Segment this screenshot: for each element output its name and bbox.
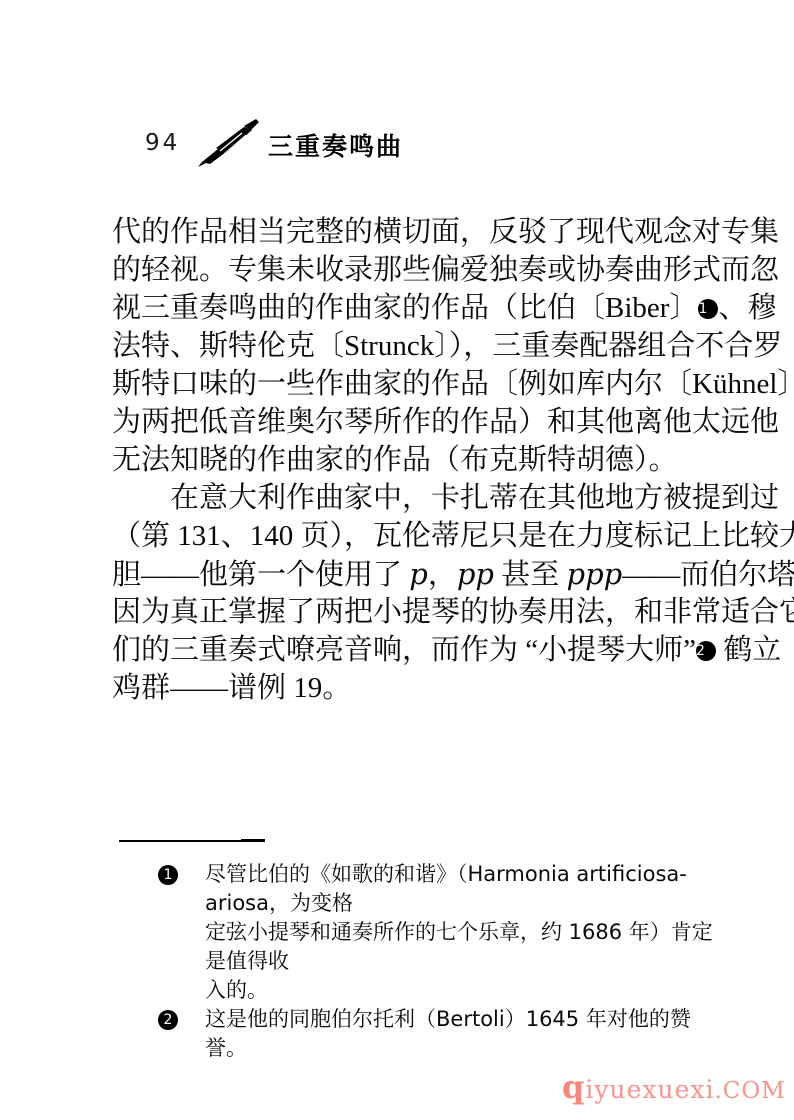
footnote-ref-marker: 2 bbox=[696, 641, 716, 661]
body-text: 代的作品相当完整的横切面，反驳了现代观念对专集的轻视。专集未收录那些偏爱独奏或协… bbox=[112, 213, 684, 707]
text-run: 因为真正掌握了两把小提琴的协奏用法，和非常适合它 bbox=[112, 596, 794, 628]
fountain-pen-icon bbox=[196, 118, 262, 170]
body-line: 代的作品相当完整的横切面，反驳了现代观念对专集 bbox=[112, 213, 684, 251]
footnote-list: 1尽管比伯的《如歌的和谐》（Harmonia artificiosa-arios… bbox=[158, 860, 720, 1063]
watermark-domain-text: iyuexuexi bbox=[585, 1075, 714, 1104]
body-line: 因为真正掌握了两把小提琴的协奏用法，和非常适合它 bbox=[112, 593, 684, 631]
book-page: 94 三重奏鸣曲 代的作品相当完整的横切面，反驳了现代观念对专集的轻视。专集未收… bbox=[0, 0, 794, 1120]
dynamic-marking-text: pp bbox=[457, 557, 494, 591]
dynamic-marking-text: ppp bbox=[567, 557, 623, 591]
body-line: 无法知晓的作曲家的作品（布克斯特胡德）。 bbox=[112, 441, 684, 479]
footnote-line: 尽管比伯的《如歌的和谐》（Harmonia artificiosa-ariosa… bbox=[205, 860, 720, 918]
footnote-line: 这是他的同胞伯尔托利（Bertoli）1645 年对他的赞誉。 bbox=[205, 1005, 720, 1063]
dynamic-marking-text: p bbox=[409, 557, 428, 591]
footnote-text: 尽管比伯的《如歌的和谐》（Harmonia artificiosa-ariosa… bbox=[205, 860, 720, 1005]
text-run: 法特、斯特伦克〔Strunck〕），三重奏配器组合不合罗 bbox=[112, 330, 782, 362]
footnote-item: 1尽管比伯的《如歌的和谐》（Harmonia artificiosa-arios… bbox=[158, 860, 720, 1005]
page-number: 94 bbox=[145, 130, 180, 156]
text-run: 鹤立 bbox=[716, 634, 781, 666]
watermark-tld: .COM bbox=[714, 1078, 785, 1104]
body-line: 斯特口味的一些作曲家的作品〔例如库内尔〔Kühnel〕 bbox=[112, 365, 684, 403]
text-run: 视三重奏鸣曲的作曲家的作品（比伯〔Biber〕 bbox=[112, 292, 698, 324]
body-line: 法特、斯特伦克〔Strunck〕），三重奏配器组合不合罗 bbox=[112, 327, 684, 365]
body-line: 视三重奏鸣曲的作曲家的作品（比伯〔Biber〕1、穆 bbox=[112, 289, 684, 327]
footnote-line: 入的。 bbox=[205, 976, 720, 1005]
footnote-number-marker: 1 bbox=[158, 865, 178, 885]
watermark-lead-letter: q bbox=[562, 1068, 585, 1106]
footnote-separator bbox=[119, 840, 237, 842]
text-run: 、穆 bbox=[718, 292, 776, 324]
text-run: 斯特口味的一些作曲家的作品〔例如库内尔〔Kühnel〕 bbox=[112, 368, 794, 400]
text-run: 在意大利作曲家中，卡扎蒂在其他地方被提到过 bbox=[170, 482, 779, 514]
footnote-item: 2这是他的同胞伯尔托利（Bertoli）1645 年对他的赞誉。 bbox=[158, 1005, 720, 1063]
body-line: 为两把低音维奥尔琴所作的作品）和其他离他太远他 bbox=[112, 403, 684, 441]
text-run: 甚至 bbox=[494, 559, 567, 591]
text-run: ， bbox=[428, 559, 457, 591]
footnote-number-marker: 2 bbox=[158, 1010, 178, 1030]
body-line: 胆——他第一个使用了 p，pp 甚至 ppp——而伯尔塔利 bbox=[112, 555, 684, 593]
text-run: 的轻视。专集未收录那些偏爱独奏或协奏曲形式而忽 bbox=[112, 254, 779, 286]
text-run: 无法知晓的作曲家的作品（布克斯特胡德）。 bbox=[112, 444, 678, 476]
footnote-line: 定弦小提琴和通奏所作的七个乐章，约 1686 年）肯定是值得收 bbox=[205, 918, 720, 976]
running-title: 三重奏鸣曲 bbox=[268, 127, 403, 163]
body-line: 们的三重奏式嘹亮音响，而作为 “小提琴大师”2 鹤立 bbox=[112, 631, 684, 669]
text-run: 胆——他第一个使用了 bbox=[112, 559, 409, 591]
text-run: ——而伯尔塔利 bbox=[622, 559, 794, 591]
watermark: qiyuexuexi.COM bbox=[562, 1068, 786, 1106]
text-run: 为两把低音维奥尔琴所作的作品）和其他离他太远他 bbox=[112, 406, 779, 438]
text-run: 们的三重奏式嘹亮音响，而作为 “小提琴大师” bbox=[112, 634, 696, 666]
body-line: （第 131、140 页），瓦伦蒂尼只是在力度标记上比较大 bbox=[112, 517, 684, 555]
body-line: 在意大利作曲家中，卡扎蒂在其他地方被提到过 bbox=[112, 479, 684, 517]
body-line: 的轻视。专集未收录那些偏爱独奏或协奏曲形式而忽 bbox=[112, 251, 684, 289]
body-line: 鸡群——谱例 19。 bbox=[112, 669, 684, 707]
text-run: 代的作品相当完整的横切面，反驳了现代观念对专集 bbox=[112, 216, 779, 248]
footnote-ref-marker: 1 bbox=[698, 299, 718, 319]
footnote-text: 这是他的同胞伯尔托利（Bertoli）1645 年对他的赞誉。 bbox=[205, 1005, 720, 1063]
text-run: （第 131、140 页），瓦伦蒂尼只是在力度标记上比较大 bbox=[112, 520, 794, 552]
text-run: 鸡群——谱例 19。 bbox=[112, 672, 351, 704]
